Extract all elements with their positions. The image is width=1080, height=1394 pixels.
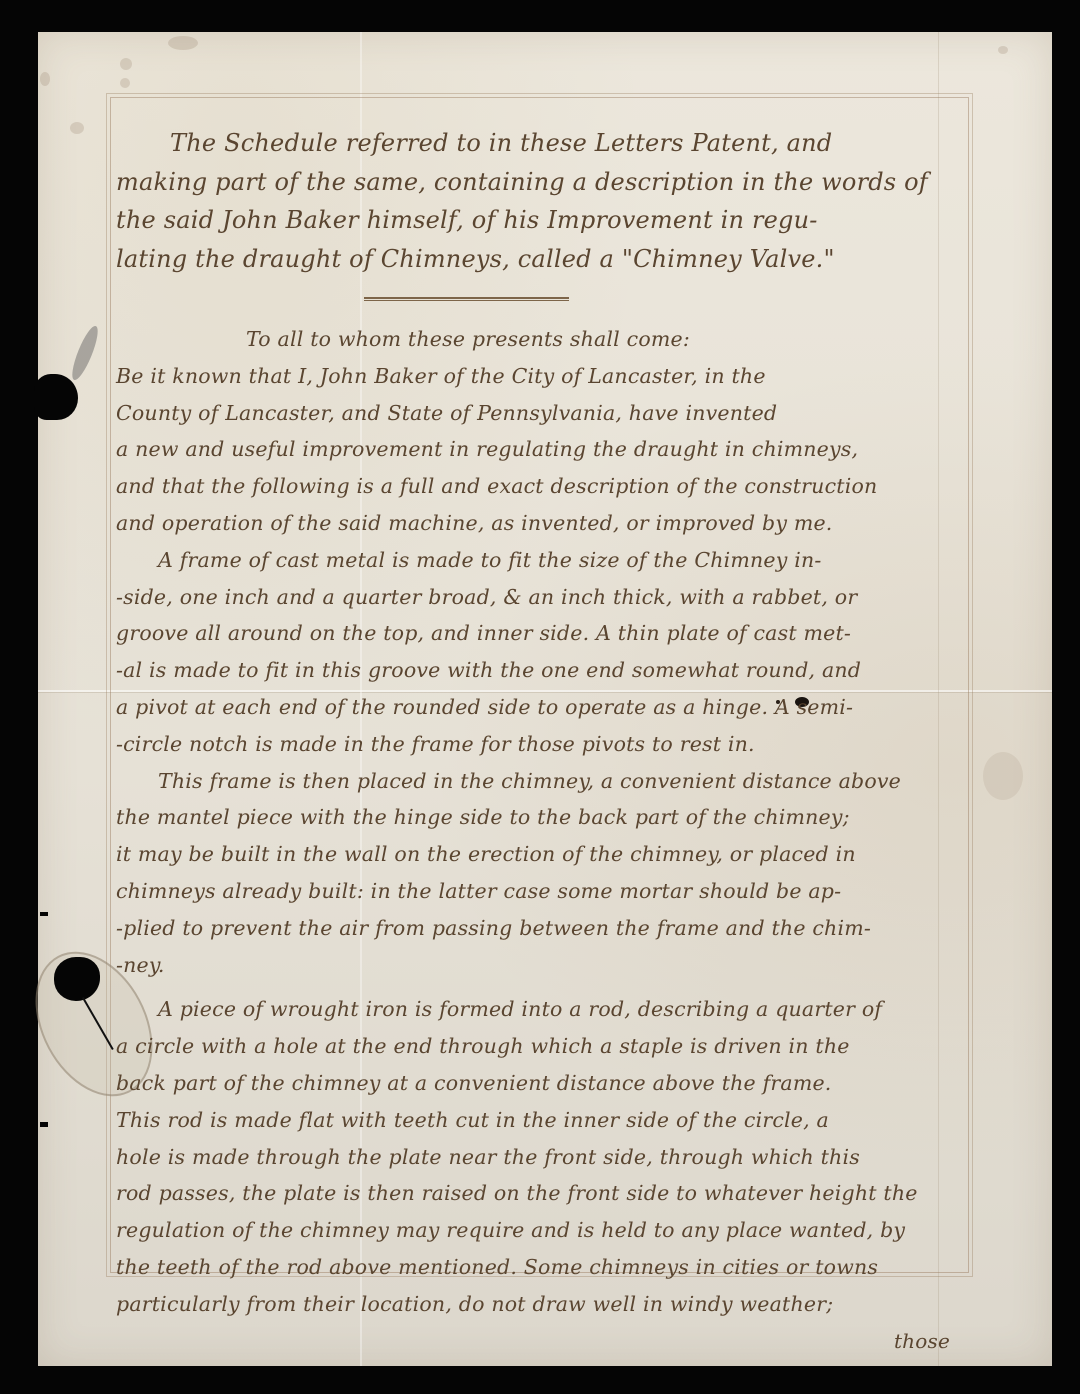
text-line: the teeth of the rod above mentioned. So… bbox=[116, 1249, 956, 1286]
heading-line: The Schedule referred to in these Letter… bbox=[116, 124, 956, 163]
text-line: -ney. bbox=[116, 947, 956, 984]
foxing-spot bbox=[70, 122, 84, 134]
text-line: County of Lancaster, and State of Pennsy… bbox=[116, 395, 956, 432]
patent-description: To all to whom these presents shall come… bbox=[116, 321, 956, 1359]
text-line: the mantel piece with the hinge side to … bbox=[116, 799, 956, 836]
text-line: groove all around on the top, and inner … bbox=[116, 615, 956, 652]
text-line: -side, one inch and a quarter broad, & a… bbox=[116, 579, 956, 616]
edge-nick bbox=[40, 1122, 48, 1127]
salutation: To all to whom these presents shall come… bbox=[116, 321, 956, 358]
foxing-spot bbox=[40, 72, 50, 86]
text-line: regulation of the chimney may require an… bbox=[116, 1212, 956, 1249]
heading-line: lating the draught of Chimneys, called a… bbox=[116, 240, 956, 279]
catchword: those bbox=[116, 1323, 956, 1360]
text-line: This rod is made flat with teeth cut in … bbox=[116, 1102, 956, 1139]
text-line: and that the following is a full and exa… bbox=[116, 468, 956, 505]
foxing-spot bbox=[120, 78, 130, 88]
text-line: This frame is then placed in the chimney… bbox=[116, 763, 956, 800]
paragraph-rod: A piece of wrought iron is formed into a… bbox=[116, 991, 956, 1322]
text-line: back part of the chimney at a convenient… bbox=[116, 1065, 956, 1102]
text-line: particularly from their location, do not… bbox=[116, 1286, 956, 1323]
text-line: chimneys already built: in the latter ca… bbox=[116, 873, 956, 910]
foxing-spot bbox=[168, 36, 198, 50]
text-line: A piece of wrought iron is formed into a… bbox=[116, 991, 956, 1028]
ink-smudge bbox=[68, 323, 103, 382]
document-content: The Schedule referred to in these Letter… bbox=[116, 124, 956, 1359]
text-line: -circle notch is made in the frame for t… bbox=[116, 726, 956, 763]
text-line: -plied to prevent the air from passing b… bbox=[116, 910, 956, 947]
heading-line: making part of the same, containing a de… bbox=[116, 163, 956, 202]
paragraph-gap bbox=[116, 983, 956, 991]
paragraph-declaration: Be it known that I, John Baker of the Ci… bbox=[116, 358, 956, 542]
text-line: a circle with a hole at the end through … bbox=[116, 1028, 956, 1065]
edge-tear bbox=[34, 374, 78, 420]
heading-line: the said John Baker himself, of his Impr… bbox=[116, 201, 956, 240]
text-line: hole is made through the plate near the … bbox=[116, 1139, 956, 1176]
text-line: A frame of cast metal is made to fit the… bbox=[116, 542, 956, 579]
text-line: a new and useful improvement in regulati… bbox=[116, 431, 956, 468]
paragraph-frame: A frame of cast metal is made to fit the… bbox=[116, 542, 956, 763]
foxing-spot bbox=[998, 46, 1008, 54]
text-line: rod passes, the plate is then raised on … bbox=[116, 1175, 956, 1212]
text-line: a pivot at each end of the rounded side … bbox=[116, 689, 956, 726]
text-line: -al is made to fit in this groove with t… bbox=[116, 652, 956, 689]
foxing-stain bbox=[983, 752, 1023, 800]
text-line: it may be built in the wall on the erect… bbox=[116, 836, 956, 873]
heading-divider-rule bbox=[364, 297, 569, 301]
foxing-spot bbox=[120, 58, 132, 70]
text-line: and operation of the said machine, as in… bbox=[116, 505, 956, 542]
document-page: The Schedule referred to in these Letter… bbox=[38, 32, 1052, 1366]
text-line: Be it known that I, John Baker of the Ci… bbox=[116, 358, 956, 395]
paragraph-placement: This frame is then placed in the chimney… bbox=[116, 763, 956, 984]
edge-nick bbox=[40, 912, 48, 916]
schedule-heading: The Schedule referred to in these Letter… bbox=[116, 124, 956, 278]
